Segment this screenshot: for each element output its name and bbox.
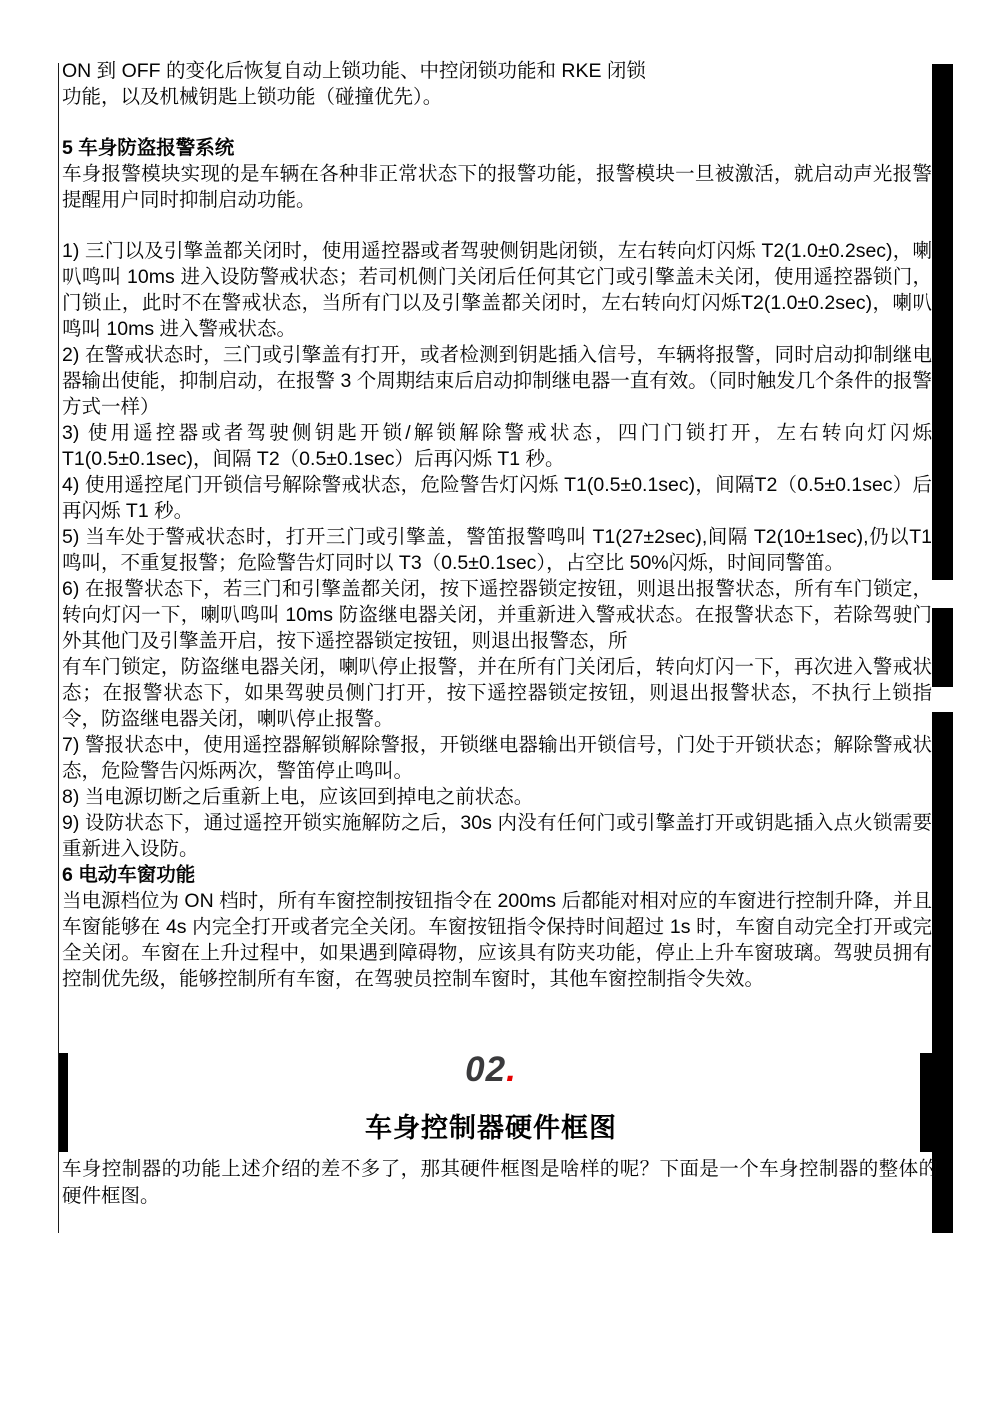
section-number: 02. (62, 1050, 920, 1090)
paragraph: 车身报警模块实现的是车辆在各种非正常状态下的报警功能，报警模块一旦被激活，就启动… (62, 161, 932, 213)
paragraph: 3) 使用遥控器或者驾驶侧钥匙开锁/解锁解除警戒状态，四门门锁打开，左右转向灯闪… (62, 420, 932, 472)
paragraph: ON 到 OFF 的变化后恢复自动上锁功能、中控闭锁功能和 RKE 闭锁 (62, 58, 932, 84)
right-margin-bar-segment-1 (932, 64, 953, 580)
section-title: 车身控制器硬件框图 (62, 1106, 920, 1145)
paragraph: 1) 三门以及引擎盖都关闭时，使用遥控器或者驾驶侧钥匙闭锁，左右转向灯闪烁 T2… (62, 238, 932, 342)
paragraph: 8) 当电源切断之后重新上电，应该回到掉电之前状态。 (62, 784, 932, 810)
right-margin-bar-segment-2 (932, 608, 953, 687)
paragraph: 7) 警报状态中，使用遥控器解锁解除警报，开锁继电器输出开锁信号，门处于开锁状态… (62, 732, 932, 784)
document-page: { "page": { "background": "#ffffff", "ba… (0, 0, 992, 1403)
paragraph: 功能，以及机械钥匙上锁功能（碰撞优先）。 (62, 84, 932, 110)
section-heading: 5 车身防盗报警系统 (62, 135, 932, 161)
paragraph: 6) 在报警状态下，若三门和引擎盖都关闭，按下遥控器锁定按钮，则退出报警状态，所… (62, 576, 932, 654)
paragraph: 有车门锁定，防盗继电器关闭，喇叭停止报警，并在所有门关闭后，转向灯闪一下，再次进… (62, 654, 932, 732)
closing-paragraph: 车身控制器的功能上述介绍的差不多了，那其硬件框图是啥样的呢？下面是一个车身控制器… (62, 1156, 938, 1210)
blank-line (62, 110, 932, 135)
paragraph: 9) 设防状态下，通过遥控开锁实施解防之后，30s 内没有任何门或引擎盖打开或钥… (62, 810, 932, 862)
paragraph: 当电源档位为 ON 档时，所有车窗控制按钮指令在 200ms 后都能对相对应的车… (62, 888, 932, 992)
section-heading: 6 电动车窗功能 (62, 862, 932, 888)
paragraph: 4) 使用遥控尾门开锁信号解除警戒状态，危险警告灯闪烁 T1(0.5±0.1se… (62, 472, 932, 524)
section-number-red-dot: . (506, 1050, 517, 1089)
blank-line (62, 213, 932, 238)
paragraph: 2) 在警戒状态时，三门或引擎盖有打开，或者检测到钥匙插入信号，车辆将报警，同时… (62, 342, 932, 420)
section-number-digits: 02 (465, 1050, 506, 1089)
paragraph: 5) 当车处于警戒状态时，打开三门或引擎盖，警笛报警鸣叫 T1(27±2sec)… (62, 524, 932, 576)
document-body: ON 到 OFF 的变化后恢复自动上锁功能、中控闭锁功能和 RKE 闭锁功能，以… (62, 58, 932, 992)
right-margin-bar-segment-3 (932, 712, 953, 1053)
section-divider: 02. 车身控制器硬件框图 (62, 1050, 920, 1145)
right-margin-bar-wide-segment (920, 1053, 953, 1152)
